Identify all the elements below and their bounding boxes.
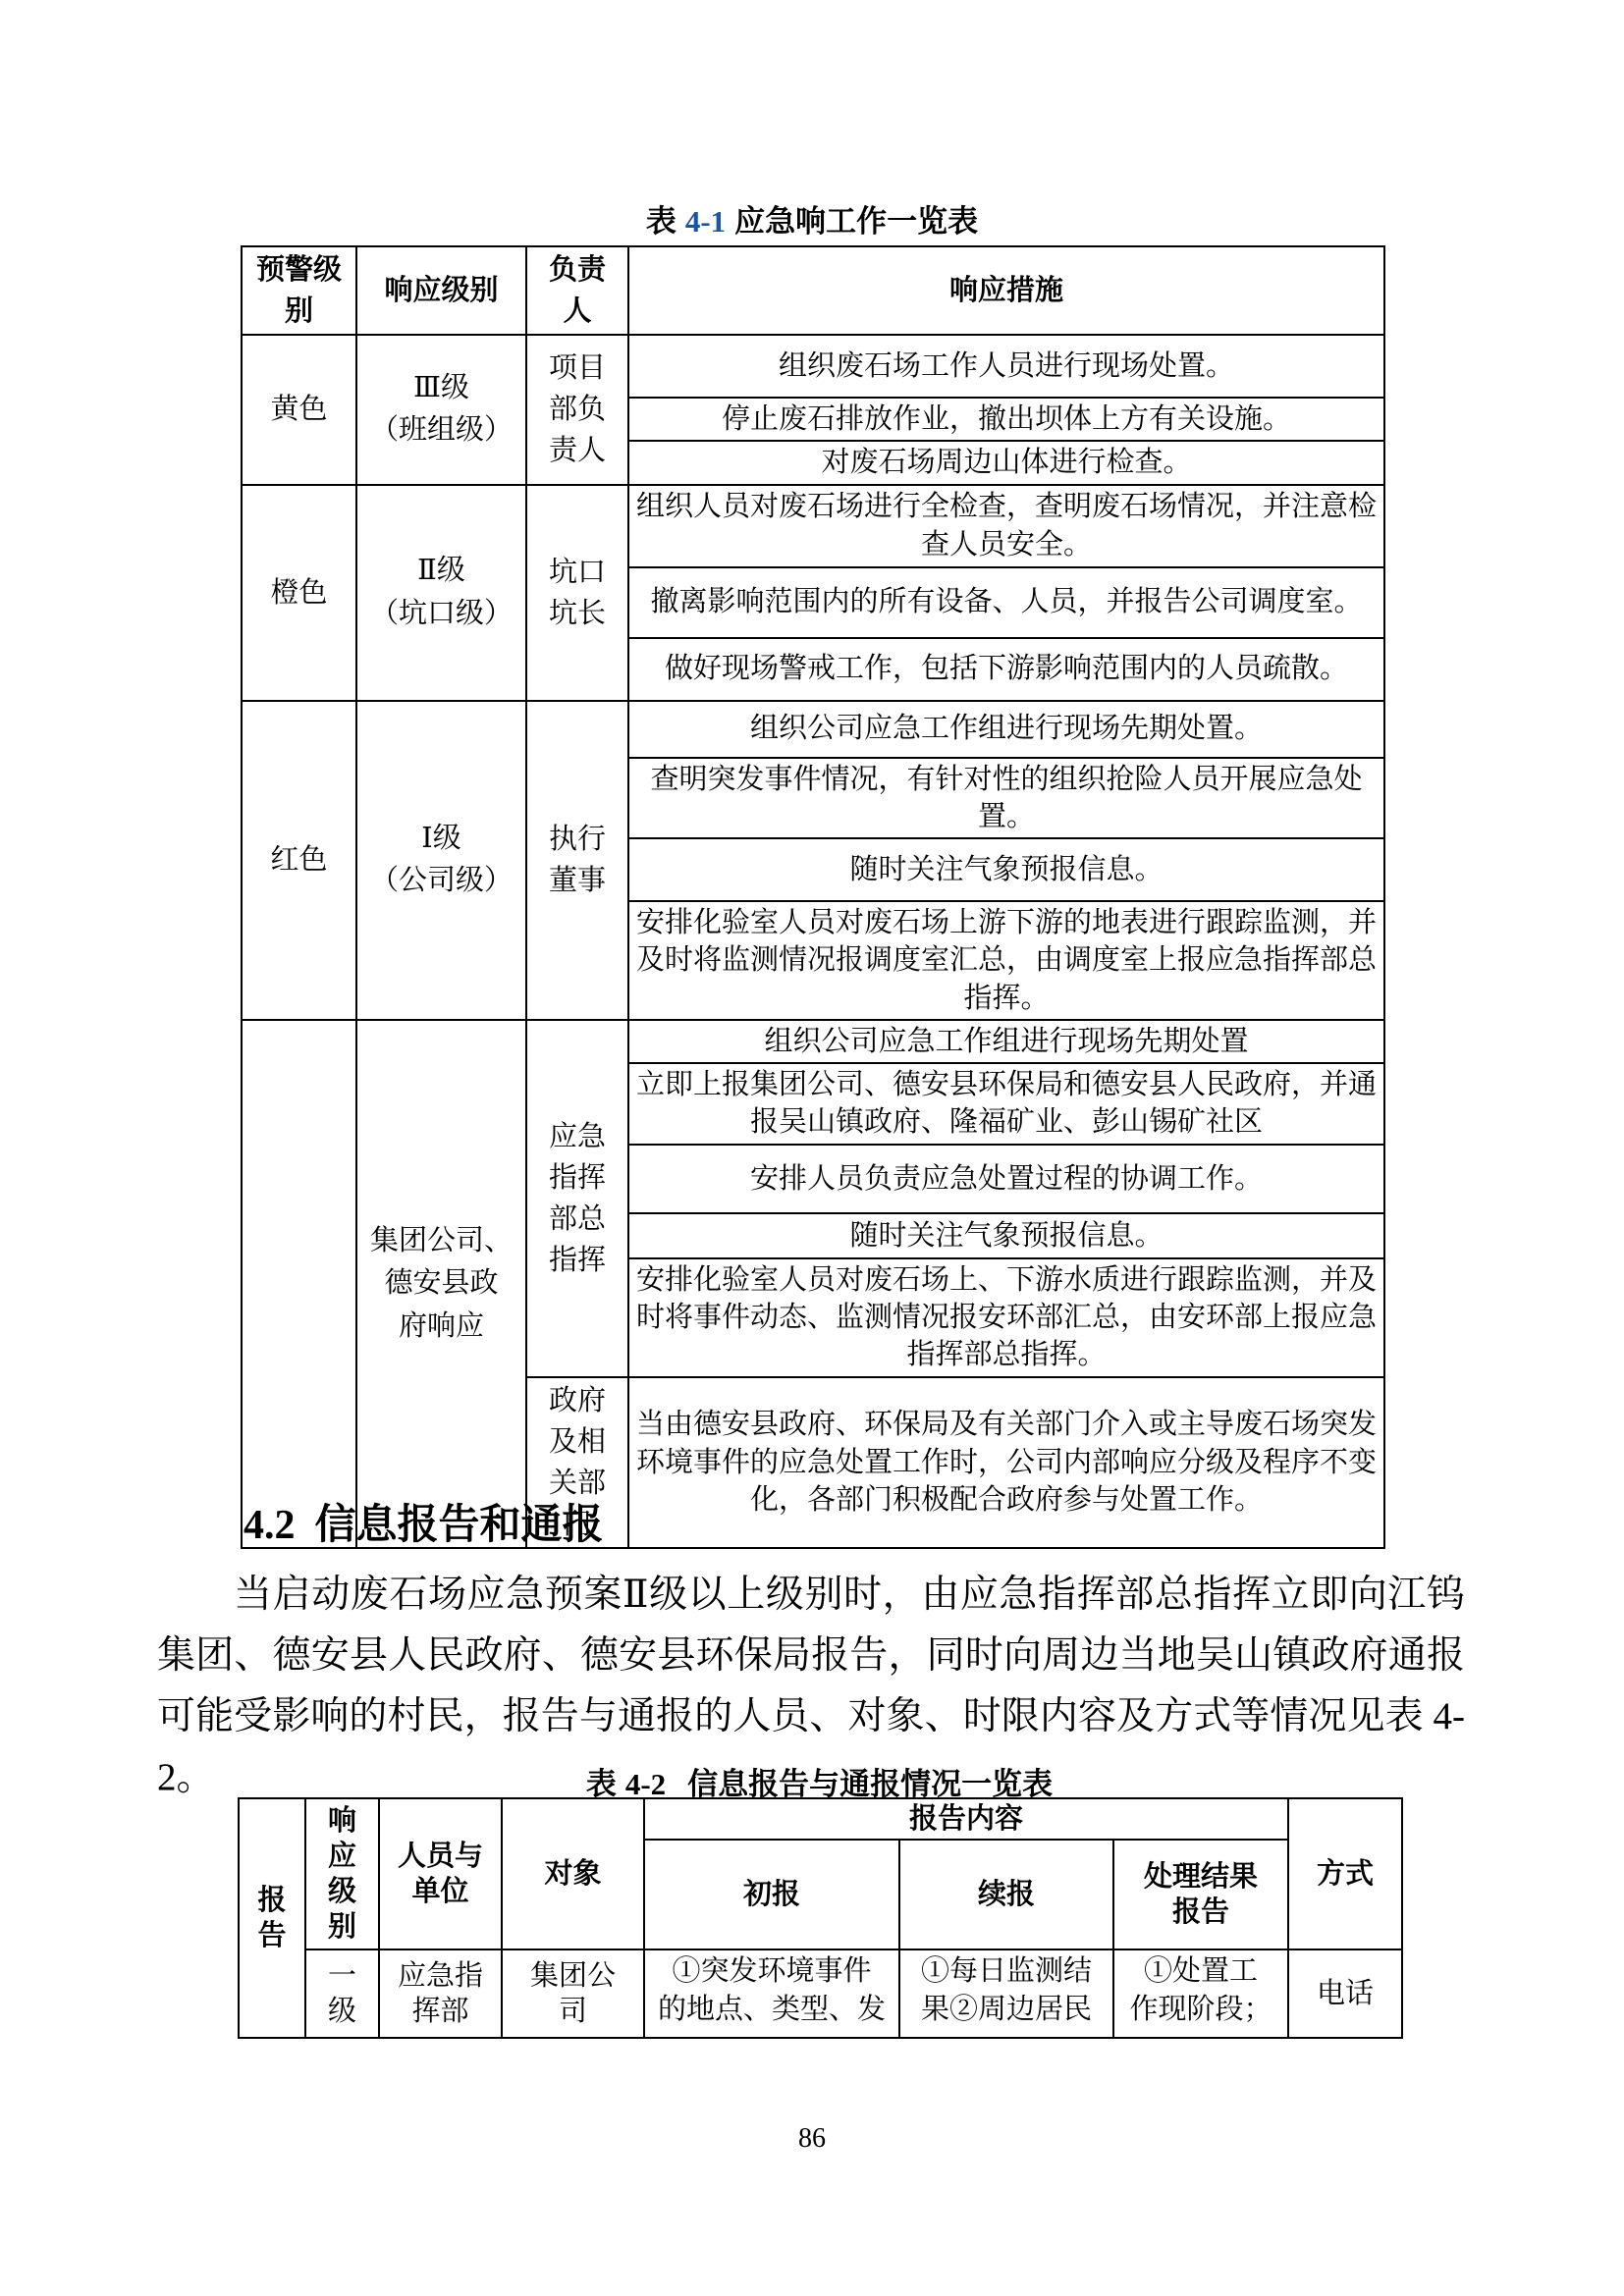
t2-side-header-report: 报告 — [239, 1798, 305, 2038]
table-4-2-title-prefix: 表 — [586, 1767, 617, 1801]
t1-measure-cell: 安排化验室人员对废石场上、下游水质进行跟踪监测，并及时将事件动态、监测情况报安环… — [628, 1258, 1384, 1377]
section-heading: 4.2信息报告和通报 — [244, 1492, 604, 1551]
t2-row-target: 集团公司 — [502, 1949, 644, 2038]
t2-header-target: 对象 — [502, 1798, 644, 1949]
t1-measure-cell: 立即上报集团公司、德安县环保局和德安县人民政府，并通报吴山镇政府、隆福矿业、彭山… — [628, 1063, 1384, 1145]
t1-measure-cell: 组织废石场工作人员进行现场处置。 — [628, 335, 1384, 398]
t1-person-executive-director: 执行董事 — [526, 701, 628, 1020]
t1-header-person: 负责人 — [526, 246, 628, 335]
t1-measure-cell: 组织公司应急工作组进行现场先期处置 — [628, 1020, 1384, 1063]
t1-level-3: Ⅲ级 （班组级） — [356, 335, 526, 485]
section-title: 信息报告和通报 — [315, 1503, 604, 1548]
t1-measure-cell: 组织人员对废石场进行全检查，查明废石场情况，并注意检查人员安全。 — [628, 485, 1384, 567]
t2-header-report-content: 报告内容 — [644, 1798, 1288, 1840]
t2-header-result-report: 处理结果报告 — [1113, 1840, 1288, 1949]
t1-level-2: Ⅱ级 （坑口级） — [356, 485, 526, 701]
t1-level-1: Ⅰ级 （公司级） — [356, 701, 526, 1020]
t2-row-method: 电话 — [1288, 1949, 1402, 2038]
table-4-1-title-text: 应急响工作一览表 — [734, 204, 978, 239]
table-4-1-title: 表4-1应急响工作一览表 — [241, 196, 1383, 240]
t1-warning-orange: 橙色 — [242, 485, 356, 701]
page-number: 86 — [0, 2123, 1624, 2155]
t1-measure-cell: 随时关注气象预报信息。 — [628, 1213, 1384, 1258]
t1-measure-cell: 当由德安县政府、环保局及有关部门介入或主导废石场突发环境事件的应急处置工作时，公… — [628, 1377, 1384, 1548]
t2-row-followup: ①每日监测结 果②周边居民 — [899, 1949, 1113, 2038]
table-4-2-title-number: 4-2 — [625, 1767, 666, 1801]
t2-header-initial-report: 初报 — [644, 1840, 899, 1949]
table-4-1-title-prefix: 表 — [646, 204, 677, 239]
t1-header-response-level: 响应级别 — [356, 246, 526, 335]
t1-measure-cell: 组织公司应急工作组进行现场先期处置。 — [628, 701, 1384, 758]
t1-measure-cell: 查明突发事件情况，有针对性的组织抢险人员开展应急处置。 — [628, 758, 1384, 839]
t2-header-response-level: 响应级别 — [305, 1798, 379, 1949]
section-number: 4.2 — [244, 1503, 296, 1548]
t2-row-result: ①处置工 作现阶段； — [1113, 1949, 1288, 2038]
t1-measure-cell: 撤离影响范围内的所有设备、人员，并报告公司调度室。 — [628, 567, 1384, 638]
t1-header-warning-level: 预警级别 — [242, 246, 356, 335]
table-4-2-title-text: 信息报告与通报情况一览表 — [687, 1767, 1053, 1801]
table-4-1-title-number: 4-1 — [685, 204, 726, 239]
t1-measure-cell: 安排化验室人员对废石场上游下游的地表进行跟踪监测，并及时将监测情况报调度室汇总，… — [628, 901, 1384, 1020]
t1-warning-empty — [242, 1020, 356, 1548]
t2-row-initial: ①突发环境事件 的地点、类型、发 — [644, 1949, 899, 2038]
t2-header-method: 方式 — [1288, 1798, 1402, 1949]
table-4-1: 预警级别 响应级别 负责人 响应措施 黄色 Ⅲ级 （班组级） 项目部负责人 组织… — [241, 245, 1385, 1549]
t1-header-measures: 响应措施 — [628, 246, 1384, 335]
t1-warning-yellow: 黄色 — [242, 335, 356, 485]
t1-measure-cell: 对废石场周边山体进行检查。 — [628, 441, 1384, 484]
t1-measure-cell: 安排人员负责应急处置过程的协调工作。 — [628, 1145, 1384, 1213]
t1-measure-cell: 随时关注气象预报信息。 — [628, 838, 1384, 901]
t1-person-project-dept: 项目部负责人 — [526, 335, 628, 485]
t2-row-person: 应急指挥部 — [379, 1949, 502, 2038]
t2-header-person-unit: 人员与单位 — [379, 1798, 502, 1949]
t1-warning-red: 红色 — [242, 701, 356, 1020]
t1-measure-cell: 停止废石排放作业，撤出坝体上方有关设施。 — [628, 398, 1384, 441]
t2-row-level: 一级 — [305, 1949, 379, 2038]
t1-person-pit-chief: 坑口坑长 — [526, 485, 628, 701]
t1-measure-cell: 做好现场警戒工作，包括下游影响范围内的人员疏散。 — [628, 638, 1384, 701]
t1-person-command-chief: 应急指挥部总指挥 — [526, 1020, 628, 1377]
t2-header-followup-report: 续报 — [899, 1840, 1113, 1949]
t1-level-group-government: 集团公司、 德安县政 府响应 — [356, 1020, 526, 1548]
table-4-2: 报告 响应级别 人员与单位 对象 报告内容 方式 初报 续报 处理结果报告 一级… — [238, 1797, 1403, 2039]
document-page: 表4-1应急响工作一览表 预警级别 响应级别 负责人 响应措施 黄色 Ⅲ级 （班… — [0, 0, 1624, 2296]
